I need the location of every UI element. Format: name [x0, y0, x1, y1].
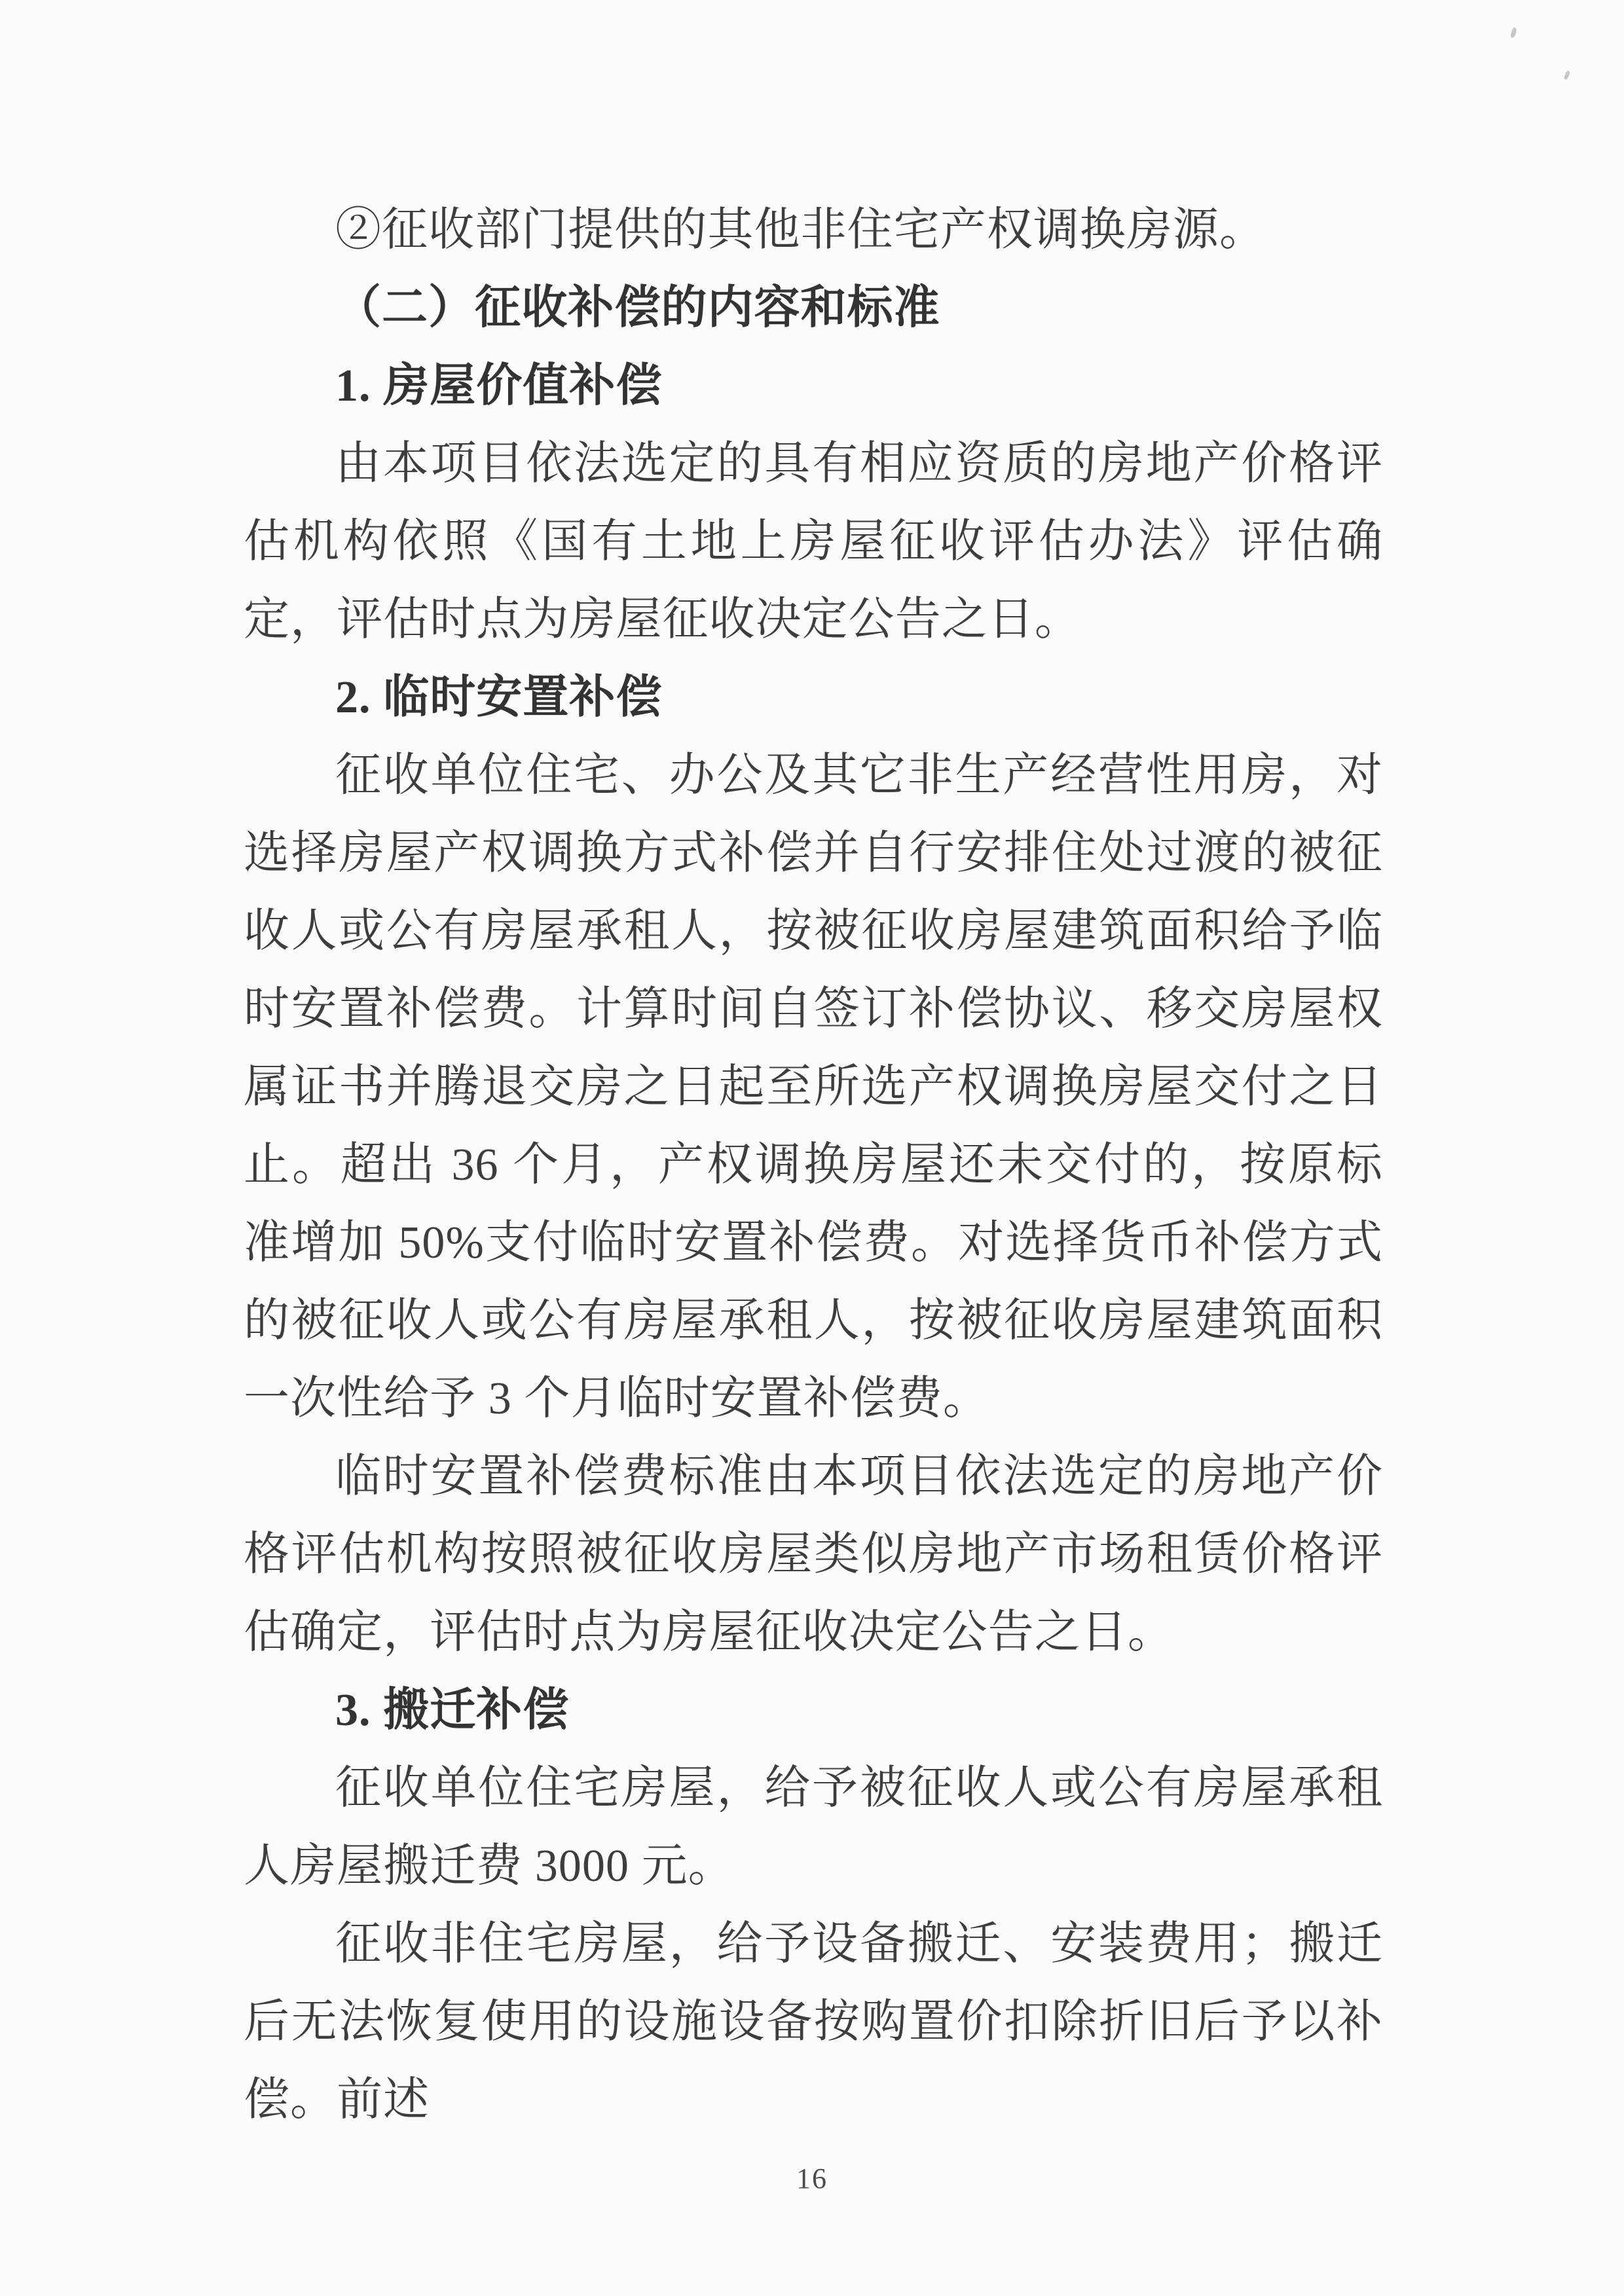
paragraph-other-swap-housing: ②征收部门提供的其他非住宅产权调换房源。: [244, 191, 1383, 269]
scan-speck: [1510, 27, 1518, 38]
page-footer: 16: [0, 2162, 1624, 2195]
document-page: ②征收部门提供的其他非住宅产权调换房源。 （二）征收补偿的内容和标准 1. 房屋…: [0, 0, 1624, 2296]
heading-compensation-content: （二）征收补偿的内容和标准: [244, 269, 1383, 347]
page-number: 16: [796, 2162, 828, 2195]
paragraph-nonresidential-moving: 征收非住宅房屋，给予设备搬迁、安装费用；搬迁后无法恢复使用的设施设备按购置价扣除…: [244, 1905, 1383, 2139]
heading-moving-compensation: 3. 搬迁补偿: [244, 1671, 1383, 1749]
paragraph-temporary-resettlement: 征收单位住宅、办公及其它非生产经营性用房，对选择房屋产权调换方式补偿并自行安排住…: [244, 737, 1383, 1438]
heading-temporary-resettlement: 2. 临时安置补偿: [244, 659, 1383, 737]
paragraph-residential-moving-fee: 征收单位住宅房屋，给予被征收人或公有房屋承租人房屋搬迁费 3000 元。: [244, 1749, 1383, 1905]
paragraph-resettlement-fee-standard: 临时安置补偿费标准由本项目依法选定的房地产价格评估机构按照被征收房屋类似房地产市…: [244, 1438, 1383, 1671]
heading-house-value-compensation: 1. 房屋价值补偿: [244, 347, 1383, 425]
scan-speck: [1563, 70, 1570, 80]
paragraph-house-value-assessment: 由本项目依法选定的具有相应资质的房地产价格评估机构依照《国有土地上房屋征收评估办…: [244, 425, 1383, 659]
document-body: ②征收部门提供的其他非住宅产权调换房源。 （二）征收补偿的内容和标准 1. 房屋…: [244, 191, 1383, 2139]
